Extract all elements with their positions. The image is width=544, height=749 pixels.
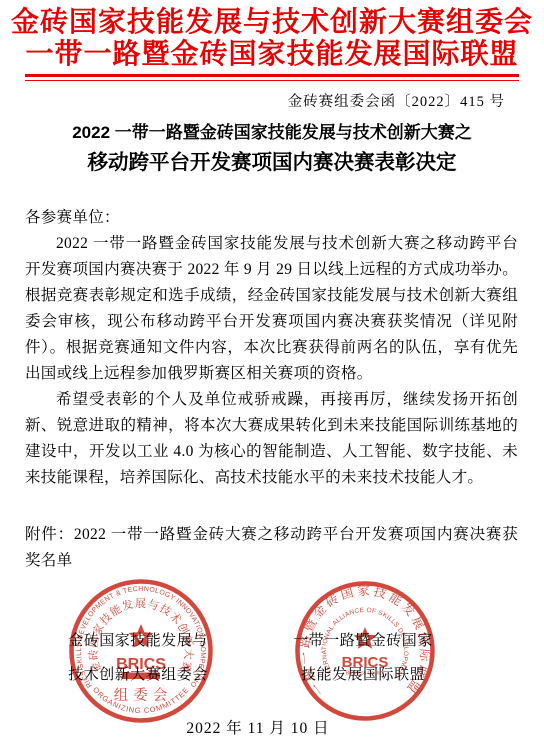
seal-left-arc-text-cn: 金砖国家技能发展与技术创新大赛 xyxy=(86,596,197,675)
signature-left: 金砖国家技能发展与 技术创新大赛组委会 xyxy=(68,624,208,692)
divider-thick-rule xyxy=(25,74,519,77)
body-paragraph-1: 2022 一带一路暨金砖国家技能发展与技术创新大赛之移动跨平台开发赛项国内赛决赛… xyxy=(25,231,518,387)
seal-international-alliance-icon: 一带一路暨金砖国家技能发展国际联盟 INTERNATIONAL ALLIANCE… xyxy=(290,576,440,726)
seal-left-ring-text-top: BRICS SKILLS DEVELOPMENT & TECHNOLOGY IN… xyxy=(66,576,206,689)
signature-right-line2: 技能发展国际联盟 xyxy=(290,658,436,692)
document-number: 金砖赛组委会函〔2022〕415 号 xyxy=(0,90,544,111)
document-date: 2022 年 11 月 10 日 xyxy=(0,716,530,738)
masthead-divider xyxy=(25,74,519,81)
brics-star-icon xyxy=(129,624,154,648)
seal-right-ring-text-cn: 一带一路暨金砖国家技能发展国际联盟 xyxy=(298,583,433,698)
seal-left-ring-text-bottom: ORGANIZING COMMITTEE xyxy=(91,685,191,715)
salutation: 各参赛单位： xyxy=(25,205,518,231)
document-body: 各参赛单位： 2022 一带一路暨金砖国家技能发展与技术创新大赛之移动跨平台开发… xyxy=(0,205,544,574)
divider-thin-rule xyxy=(25,80,519,81)
document-title-line1: 2022 一带一路暨金砖国家技能发展与技术创新大赛之 xyxy=(0,123,544,143)
body-paragraph-2: 希望受表彰的个人及单位戒骄戒躁，再接再厉，继续发扬开拓创新、锐意进取的精神，将本… xyxy=(25,387,518,491)
signature-right-line1: 一带一路暨金砖国家 xyxy=(290,624,436,658)
svg-text:金砖国家技能发展与技术创新大赛: 金砖国家技能发展与技术创新大赛 xyxy=(86,596,197,675)
seal-right-logo-subtext: Business Council xyxy=(346,671,384,677)
masthead-org-line2: 一带一路暨金砖国家技能发展国际联盟 xyxy=(0,39,544,71)
brics-banner xyxy=(122,673,160,680)
masthead: 金砖国家技能发展与技术创新大赛组委会 一带一路暨金砖国家技能发展国际联盟 xyxy=(0,0,544,71)
seal-right-logo-text: BRICS xyxy=(342,654,389,671)
svg-text:INTERNATIONAL ALLIANCE OF SKIL: INTERNATIONAL ALLIANCE OF SKILLS DEVELOP… xyxy=(290,576,409,677)
seal-left-logo-text: BRICS xyxy=(116,656,166,673)
attachment-note: 附件：2022 一带一路暨金砖大赛之移动跨平台开发赛项国内赛决赛获奖名单 xyxy=(25,522,518,574)
svg-text:BRICS SKILLS DEVELOPMENT & TEC: BRICS SKILLS DEVELOPMENT & TECHNOLOGY IN… xyxy=(66,576,206,689)
svg-text:一带一路暨金砖国家技能发展国际联盟: 一带一路暨金砖国家技能发展国际联盟 xyxy=(298,583,433,698)
seal-left-bottom-label: 组委会 xyxy=(114,687,173,704)
seal-organizing-committee-icon: BRICS SKILLS DEVELOPMENT & TECHNOLOGY IN… xyxy=(66,576,216,726)
seal-right-arc-text-en: INTERNATIONAL ALLIANCE OF SKILLS DEVELOP… xyxy=(290,576,409,677)
signature-left-line1: 金砖国家技能发展与 xyxy=(68,624,208,658)
document-title: 2022 一带一路暨金砖国家技能发展与技术创新大赛之 移动跨平台开发赛项国内赛决… xyxy=(0,123,544,175)
brics-star-icon xyxy=(354,627,377,649)
signature-left-line2: 技术创新大赛组委会 xyxy=(68,658,208,692)
document-title-line2: 移动跨平台开发赛项国内赛决赛表彰决定 xyxy=(0,151,544,175)
document-page: 金砖国家技能发展与技术创新大赛组委会 一带一路暨金砖国家技能发展国际联盟 金砖赛… xyxy=(0,0,544,749)
masthead-org-line1: 金砖国家技能发展与技术创新大赛组委会 xyxy=(0,7,544,39)
signature-right: 一带一路暨金砖国家 技能发展国际联盟 xyxy=(290,624,436,692)
svg-text:ORGANIZING COMMITTEE: ORGANIZING COMMITTEE xyxy=(91,685,191,715)
